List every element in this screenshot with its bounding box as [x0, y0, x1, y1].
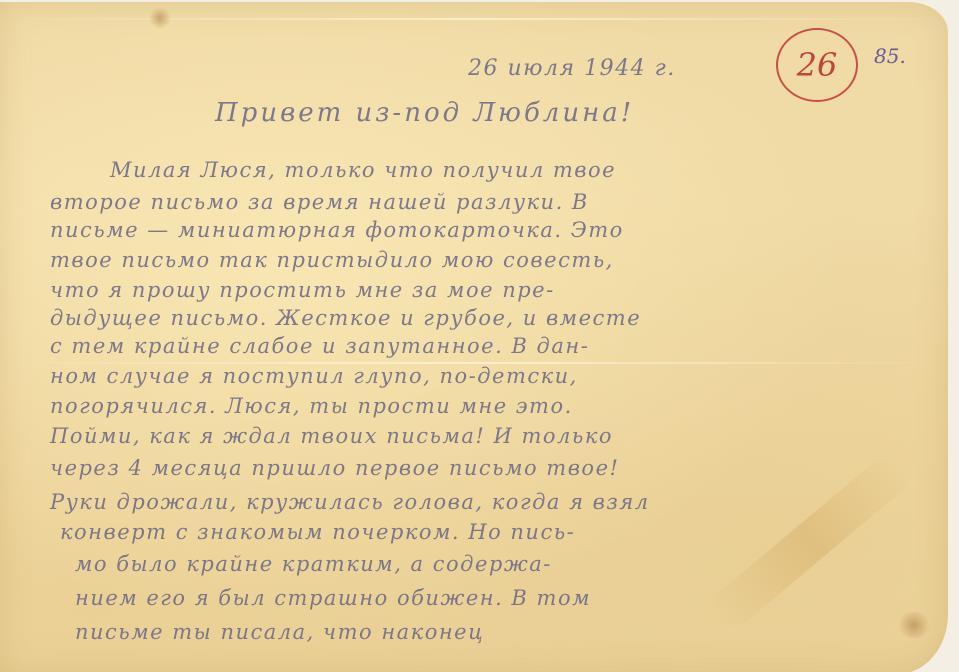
circled-page-number: 26: [776, 28, 858, 102]
letter-line: письме ты писала, что наконец: [75, 620, 945, 644]
letter-line: Милая Люся, только что получил твое: [110, 158, 959, 182]
letter-greeting: Привет из-под Люблина!: [215, 98, 634, 128]
letter-line: дыдущее письмо. Жесткое и грубое, и вмес…: [50, 306, 920, 330]
letter-line: конверт с знакомым почерком. Но пись-: [60, 520, 930, 544]
letter-date: 26 июля 1944 г.: [468, 56, 676, 81]
letter-line: Руки дрожали, кружилась голова, когда я …: [50, 490, 920, 514]
letter-line: через 4 месяца пришло первое письмо твое…: [50, 456, 920, 480]
scanned-letter-page: 26 85. 26 июля 1944 г. Привет из-под Люб…: [0, 0, 959, 672]
letter-line: ном случае я поступил глупо, по-детски,: [50, 364, 920, 388]
letter-line: Пойми, как я ждал твоих письма! И только: [50, 424, 920, 448]
letter-line: мо было крайне кратким, а содержа-: [75, 552, 945, 576]
letter-line: второе письмо за время нашей разлуки. В: [50, 190, 920, 214]
letter-line: что я прошу простить мне за мое пре-: [50, 278, 920, 302]
letter-line: нием его я был страшно обижен. В том: [75, 586, 945, 610]
archive-number: 85.: [874, 44, 906, 68]
paper-fold-line: [0, 18, 948, 20]
stain-spot: [148, 8, 172, 28]
letter-line: погорячился. Люся, ты прости мне это.: [50, 394, 920, 418]
letter-line: письме — миниатюрная фотокарточка. Это: [50, 218, 920, 242]
letter-line: с тем крайне слабое и запутанное. В дан-: [50, 334, 920, 358]
letter-line: твое письмо так пристыдило мою совесть,: [50, 248, 920, 272]
circled-number-text: 26: [797, 46, 838, 84]
